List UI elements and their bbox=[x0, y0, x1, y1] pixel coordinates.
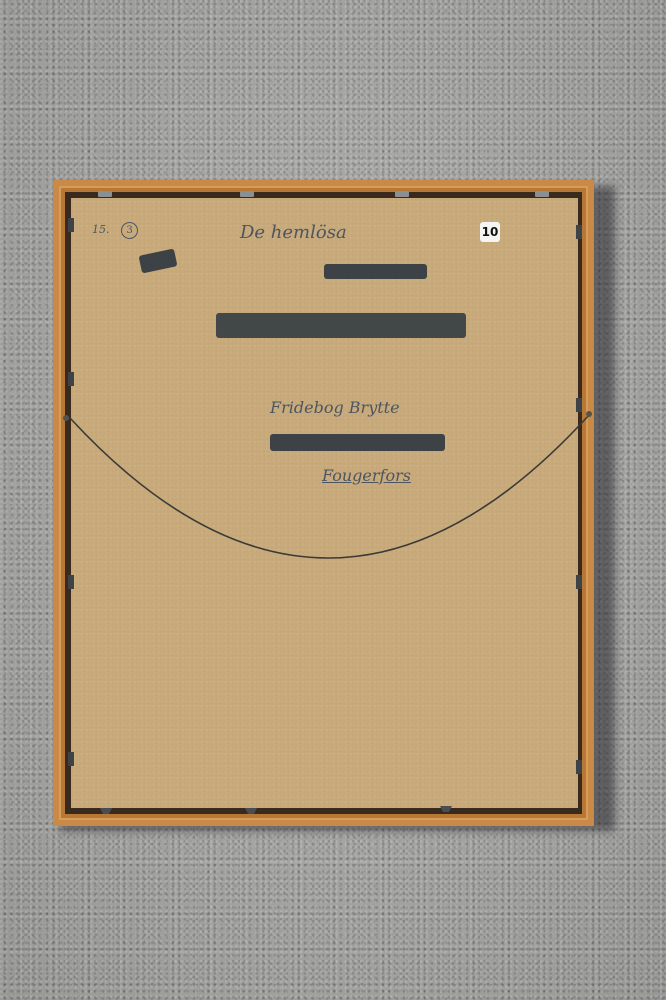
wire-eyelet-right bbox=[586, 411, 592, 417]
hanging-wire bbox=[0, 0, 666, 1000]
wire-eyelet-left bbox=[63, 415, 69, 421]
